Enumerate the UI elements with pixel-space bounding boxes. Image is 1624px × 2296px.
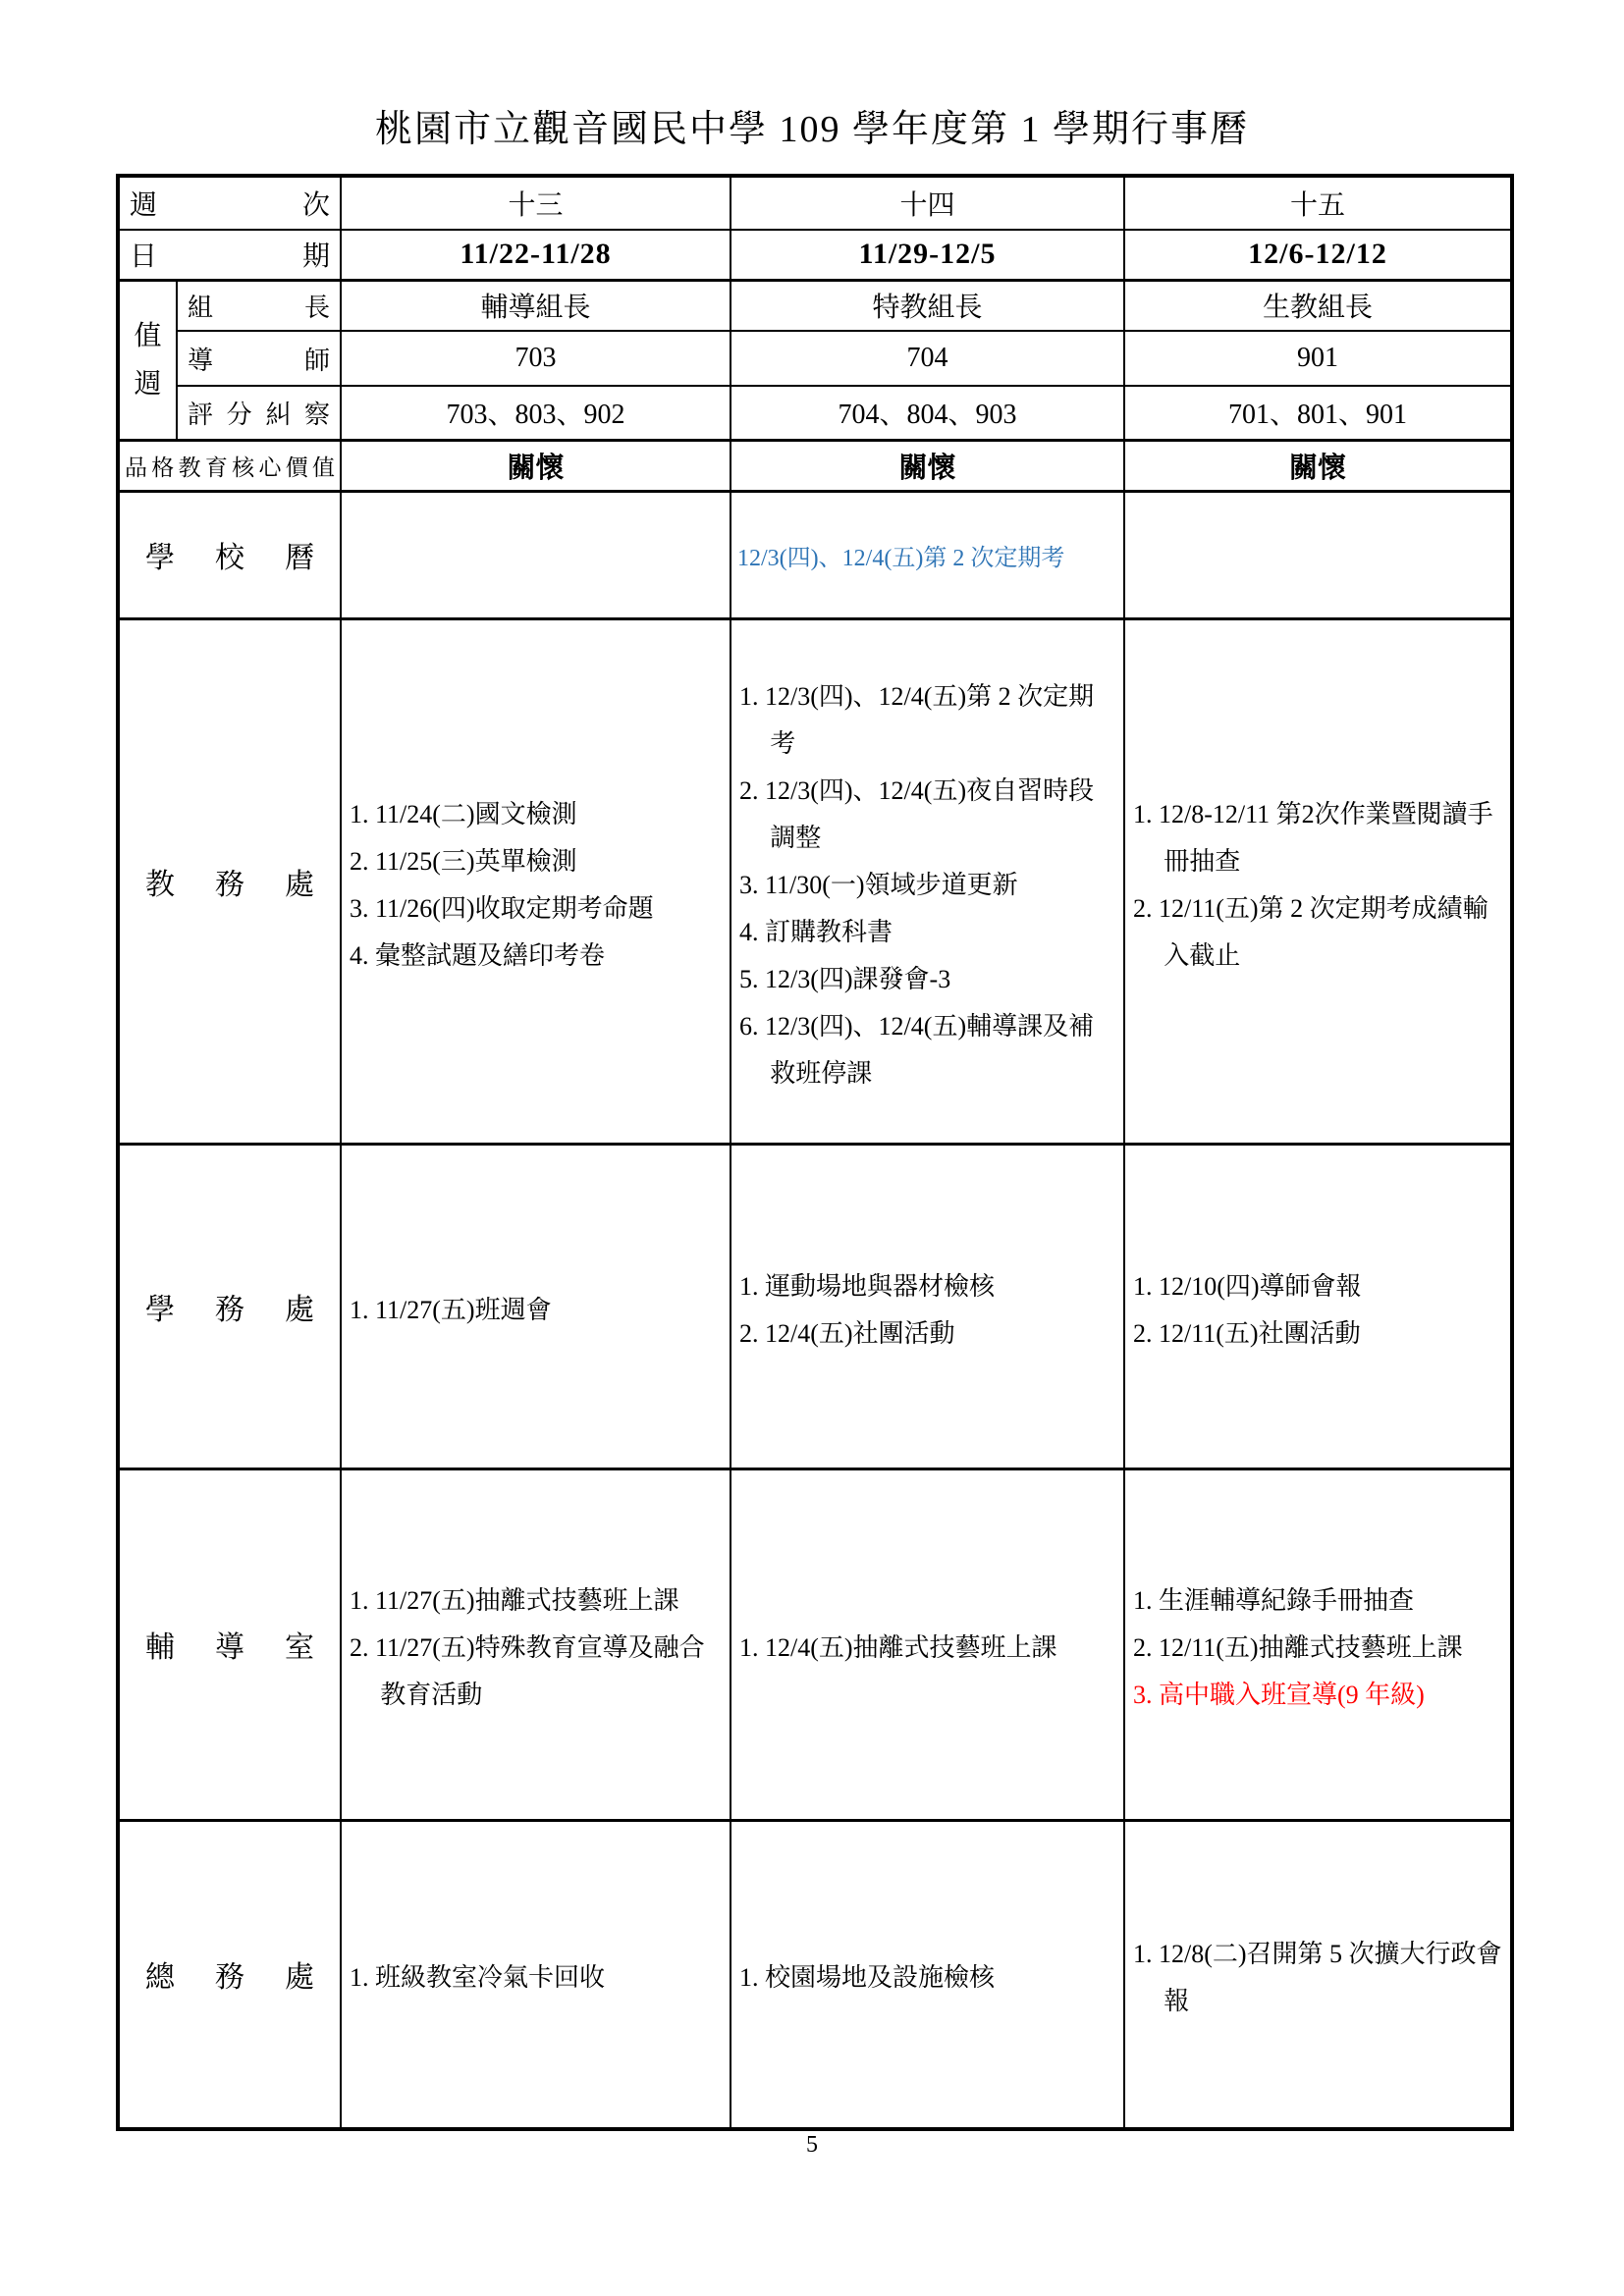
list-item: 2. 11/27(五)特殊教育宣導及融合教育活動 <box>350 1625 724 1719</box>
document-page: 桃園市立觀音國民中學 109 學年度第 1 學期行事曆 週次 十三 十四 十五 … <box>0 0 1624 2296</box>
list-item: 3. 11/26(四)收取定期考命題 <box>350 885 724 933</box>
school-calendar-row: 學校曆 12/3(四)、12/4(五)第 2 次定期考 <box>118 491 1512 618</box>
list-item: 2. 12/4(五)社團活動 <box>739 1310 1117 1358</box>
list-item: 3. 11/30(一)領域步道更新 <box>739 862 1117 909</box>
list-item: 2. 12/11(五)第 2 次定期考成績輸入截止 <box>1133 885 1504 980</box>
core-value-week13: 關懷 <box>341 440 731 491</box>
list-item: 1. 運動場地與器材檢核 <box>739 1263 1117 1310</box>
general-week15-cell: 1. 12/8(二)召開第 5 次擴大行政會報 <box>1124 1820 1512 2129</box>
counseling-week15-cell: 1. 生涯輔導紀錄手冊抽查 2. 12/11(五)抽離式技藝班上課 3. 高中職… <box>1124 1468 1512 1820</box>
section-academic-label-cell: 教務處 <box>118 618 341 1144</box>
list-item: 6. 12/3(四)、12/4(五)輔導課及補救班停課 <box>739 1003 1117 1097</box>
duty-teacher-week15: 901 <box>1124 331 1512 386</box>
duty-leader-week15: 生教組長 <box>1124 280 1512 331</box>
section-student-label-cell: 學務處 <box>118 1144 341 1468</box>
list-item: 1. 12/10(四)導師會報 <box>1133 1263 1504 1310</box>
week-number-row: 週次 十三 十四 十五 <box>118 176 1512 230</box>
student-week13-cell: 1. 11/27(五)班週會 <box>341 1144 731 1468</box>
duty-teacher-week14: 704 <box>731 331 1124 386</box>
section-general-affairs-row: 總務處 1. 班級教室冷氣卡回收 1. 校園場地及設施檢核 1. 12/8(二)… <box>118 1820 1512 2129</box>
exam-notice-text: 12/3(四)、12/4(五)第 2 次定期考 <box>731 538 1123 572</box>
date-week13-cell: 11/22-11/28 <box>341 230 731 280</box>
list-item-highlight-red: 3. 高中職入班宣導(9 年級) <box>1133 1672 1504 1719</box>
school-calendar-week13 <box>341 491 731 618</box>
week-row-label: 週次 <box>120 184 340 223</box>
duty-patrol-week13: 703、803、902 <box>341 386 731 440</box>
core-value-label: 品格教育核心價值 <box>120 450 340 482</box>
week-14-cell: 十四 <box>731 176 1124 230</box>
week-row-label-cell: 週次 <box>118 176 341 230</box>
student-week14-cell: 1. 運動場地與器材檢核 2. 12/4(五)社團活動 <box>731 1144 1124 1468</box>
calendar-table: 週次 十三 十四 十五 日期 11/22-11/28 11/29-12/5 12… <box>116 174 1514 2131</box>
date-row: 日期 11/22-11/28 11/29-12/5 12/6-12/12 <box>118 230 1512 280</box>
list-item: 2. 12/3(四)、12/4(五)夜自習時段調整 <box>739 768 1117 862</box>
date-week14-cell: 11/29-12/5 <box>731 230 1124 280</box>
list-item: 1. 校園場地及設施檢核 <box>739 1954 1117 2002</box>
list-item: 1. 生涯輔導紀錄手冊抽查 <box>1133 1577 1504 1625</box>
list-item: 2. 12/11(五)抽離式技藝班上課 <box>1133 1625 1504 1672</box>
core-value-row: 品格教育核心價值 關懷 關懷 關懷 <box>118 440 1512 491</box>
list-item: 2. 11/25(三)英單檢測 <box>350 838 724 885</box>
date-week15-cell: 12/6-12/12 <box>1124 230 1512 280</box>
duty-patrol-label-cell: 評分糾察 <box>177 386 341 440</box>
duty-leader-week13: 輔導組長 <box>341 280 731 331</box>
general-week14-cell: 1. 校園場地及設施檢核 <box>731 1820 1124 2129</box>
duty-teacher-label-cell: 導師 <box>177 331 341 386</box>
duty-week-label-cell: 值週 <box>118 280 177 440</box>
list-item: 1. 11/24(二)國文檢測 <box>350 791 724 838</box>
section-academic-affairs-row: 教務處 1. 11/24(二)國文檢測 2. 11/25(三)英單檢測 3. 1… <box>118 618 1512 1144</box>
core-value-label-cell: 品格教育核心價值 <box>118 440 341 491</box>
duty-week-label: 值週 <box>132 312 163 408</box>
list-item: 1. 12/8-12/11 第2次作業暨閱讀手冊抽查 <box>1133 791 1504 885</box>
page-number: 5 <box>0 2132 1624 2159</box>
list-item: 1. 11/27(五)班週會 <box>350 1287 724 1334</box>
list-item: 2. 12/11(五)社團活動 <box>1133 1310 1504 1358</box>
duty-teacher-week13: 703 <box>341 331 731 386</box>
section-academic-label: 教務處 <box>120 860 340 903</box>
duty-leader-row: 值週 組長 輔導組長 特教組長 生教組長 <box>118 280 1512 331</box>
section-student-affairs-row: 學務處 1. 11/27(五)班週會 1. 運動場地與器材檢核 2. 12/4(… <box>118 1144 1512 1468</box>
section-general-label: 總務處 <box>120 1952 340 1996</box>
list-item: 1. 班級教室冷氣卡回收 <box>350 1954 724 2002</box>
school-calendar-label-cell: 學校曆 <box>118 491 341 618</box>
general-week13-cell: 1. 班級教室冷氣卡回收 <box>341 1820 731 2129</box>
counseling-week13-cell: 1. 11/27(五)抽離式技藝班上課 2. 11/27(五)特殊教育宣導及融合… <box>341 1468 731 1820</box>
date-row-label: 日期 <box>120 235 340 274</box>
duty-leader-label-cell: 組長 <box>177 280 341 331</box>
section-counseling-row: 輔導室 1. 11/27(五)抽離式技藝班上課 2. 11/27(五)特殊教育宣… <box>118 1468 1512 1820</box>
student-week15-cell: 1. 12/10(四)導師會報 2. 12/11(五)社團活動 <box>1124 1144 1512 1468</box>
date-row-label-cell: 日期 <box>118 230 341 280</box>
duty-patrol-week15: 701、801、901 <box>1124 386 1512 440</box>
week-15-cell: 十五 <box>1124 176 1512 230</box>
week-13-cell: 十三 <box>341 176 731 230</box>
academic-week13-cell: 1. 11/24(二)國文檢測 2. 11/25(三)英單檢測 3. 11/26… <box>341 618 731 1144</box>
section-student-label: 學務處 <box>120 1285 340 1328</box>
duty-teacher-row: 導師 703 704 901 <box>118 331 1512 386</box>
page-title: 桃園市立觀音國民中學 109 學年度第 1 學期行事曆 <box>0 98 1624 152</box>
list-item: 5. 12/3(四)課發會-3 <box>739 956 1117 1003</box>
academic-week15-cell: 1. 12/8-12/11 第2次作業暨閱讀手冊抽查 2. 12/11(五)第 … <box>1124 618 1512 1144</box>
duty-patrol-week14: 704、804、903 <box>731 386 1124 440</box>
list-item: 1. 12/3(四)、12/4(五)第 2 次定期考 <box>739 673 1117 768</box>
list-item: 1. 12/4(五)抽離式技藝班上課 <box>739 1625 1117 1672</box>
list-item: 4. 彙整試題及繕印考卷 <box>350 933 724 980</box>
section-counseling-label: 輔導室 <box>120 1623 340 1666</box>
school-calendar-week14: 12/3(四)、12/4(五)第 2 次定期考 <box>731 491 1124 618</box>
school-calendar-week15 <box>1124 491 1512 618</box>
duty-patrol-row: 評分糾察 703、803、902 704、804、903 701、801、901 <box>118 386 1512 440</box>
duty-leader-week14: 特教組長 <box>731 280 1124 331</box>
counseling-week14-cell: 1. 12/4(五)抽離式技藝班上課 <box>731 1468 1124 1820</box>
section-general-label-cell: 總務處 <box>118 1820 341 2129</box>
list-item: 1. 11/27(五)抽離式技藝班上課 <box>350 1577 724 1625</box>
section-counseling-label-cell: 輔導室 <box>118 1468 341 1820</box>
academic-week14-cell: 1. 12/3(四)、12/4(五)第 2 次定期考 2. 12/3(四)、12… <box>731 618 1124 1144</box>
core-value-week15: 關懷 <box>1124 440 1512 491</box>
list-item: 1. 12/8(二)召開第 5 次擴大行政會報 <box>1133 1931 1504 2025</box>
school-calendar-label: 學校曆 <box>120 533 340 576</box>
list-item: 4. 訂購教科書 <box>739 909 1117 956</box>
core-value-week14: 關懷 <box>731 440 1124 491</box>
